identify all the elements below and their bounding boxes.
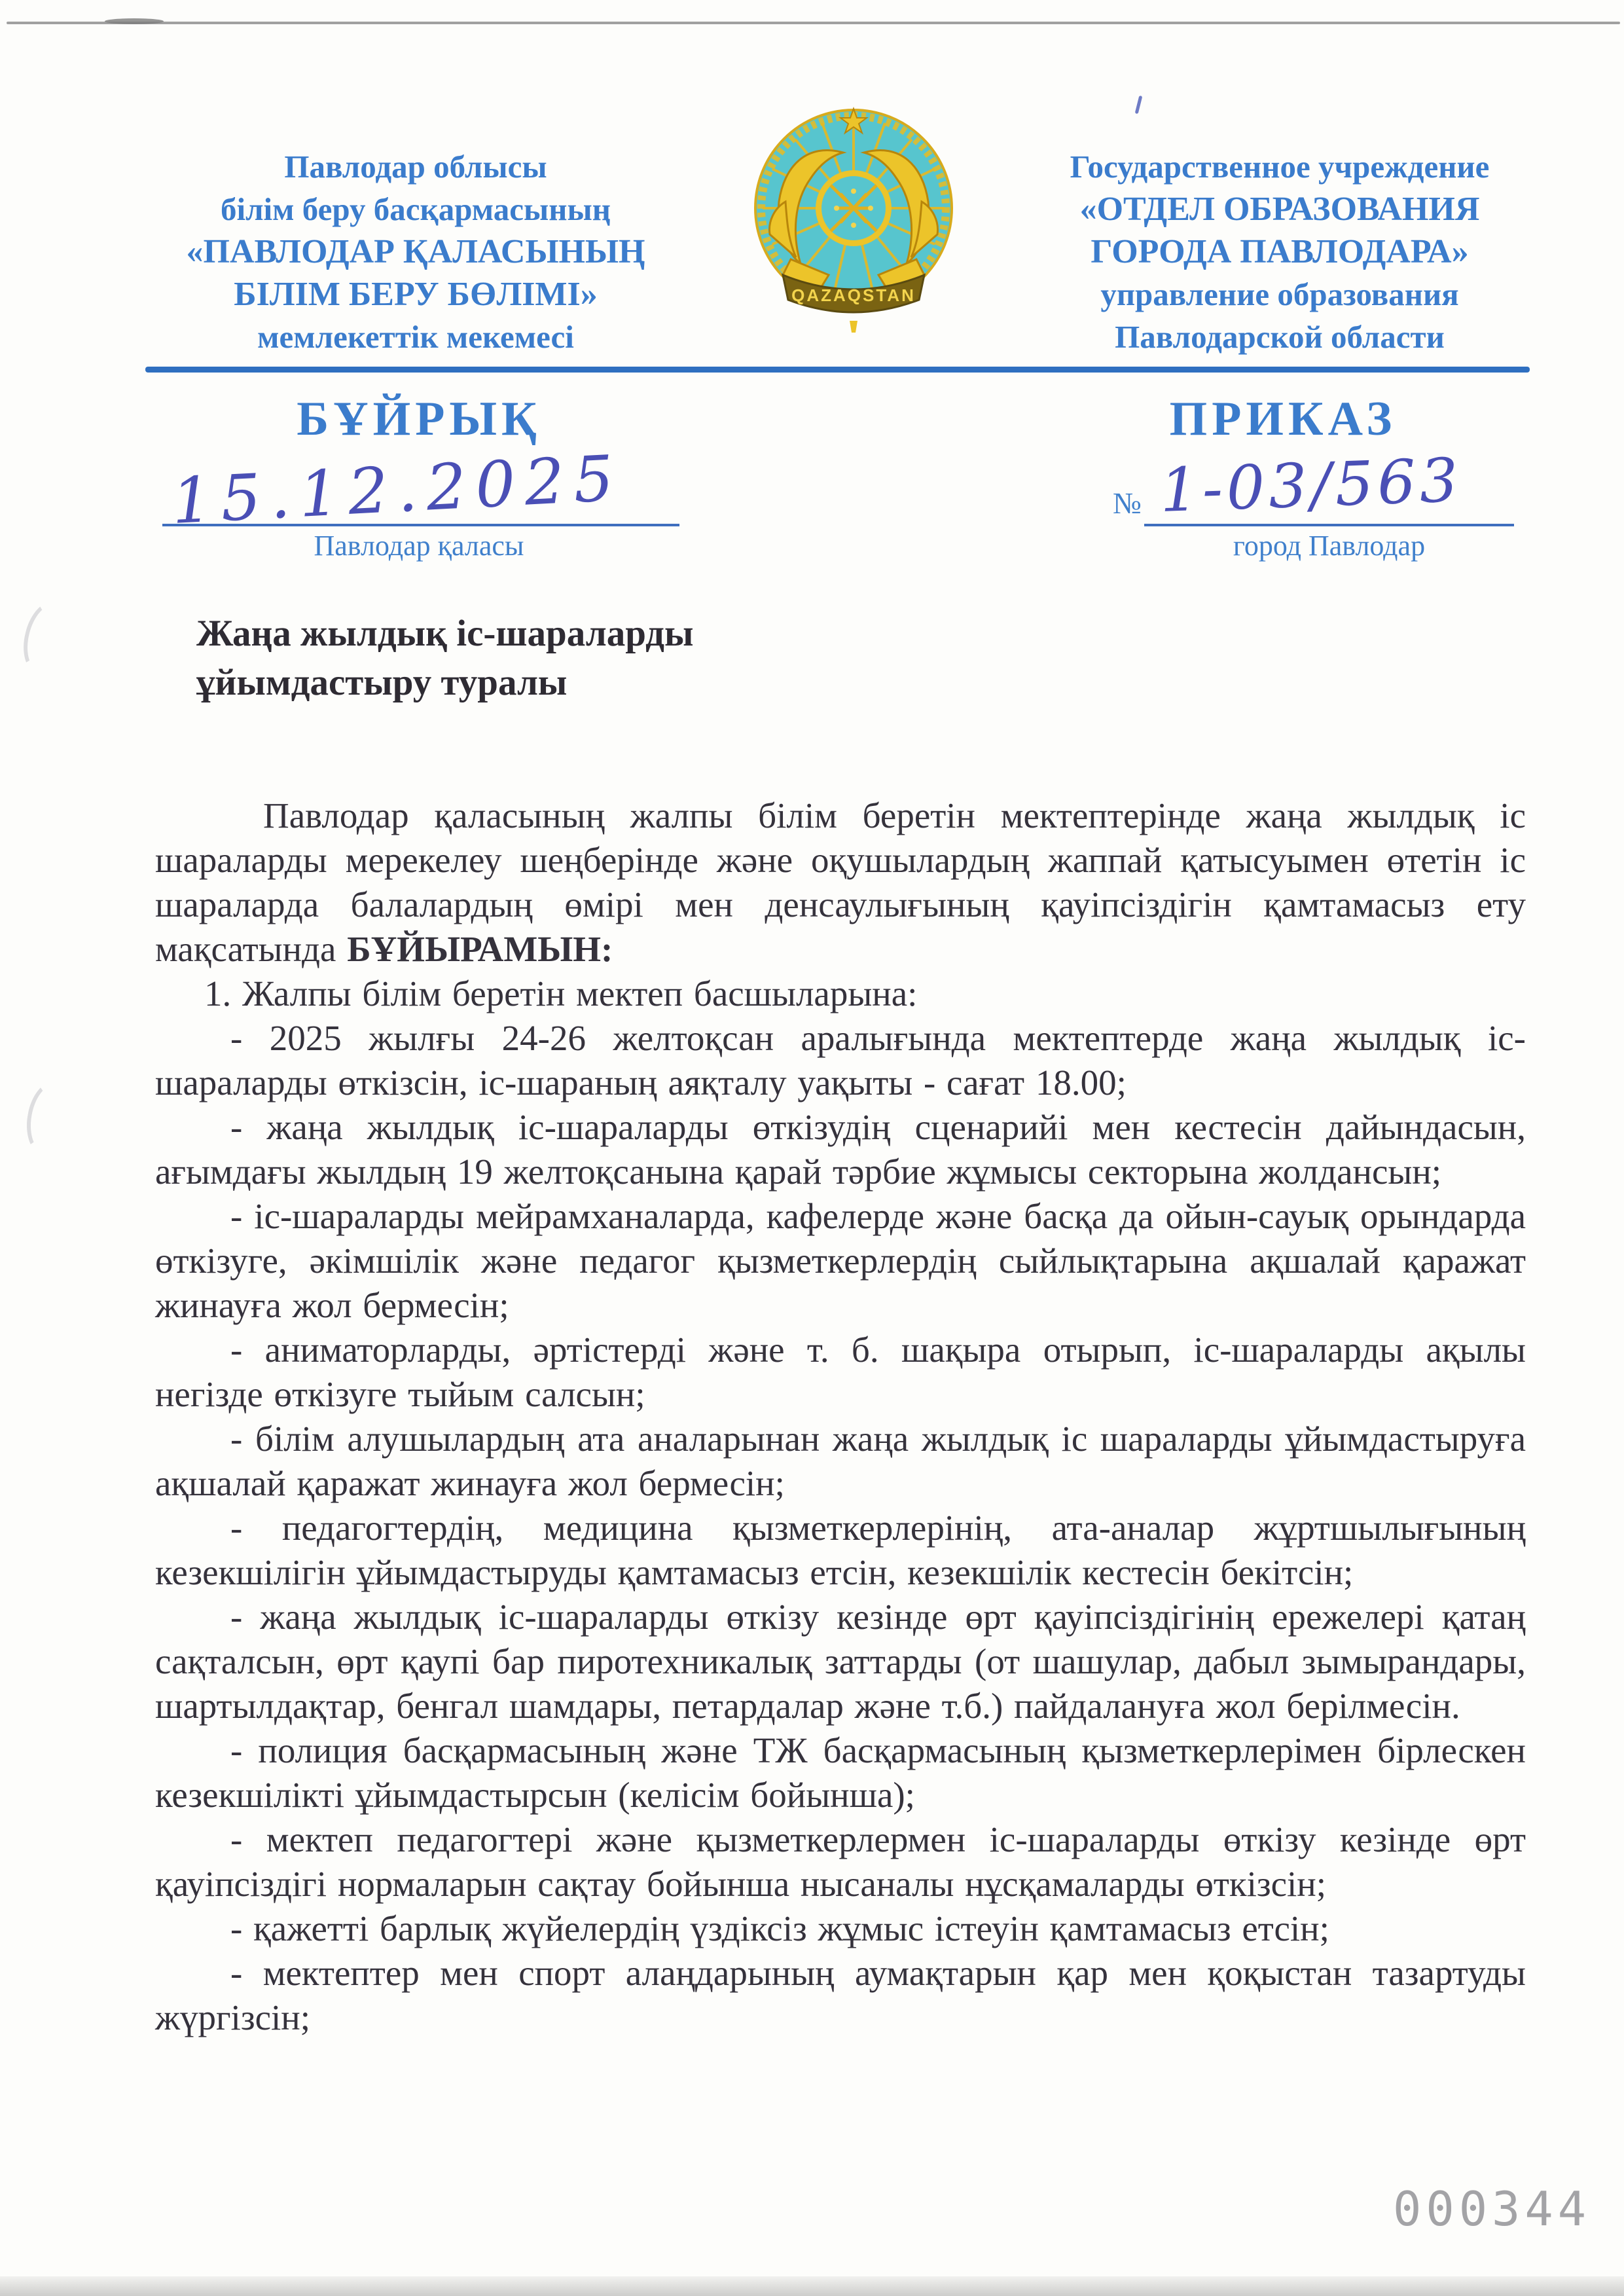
- numbered-item-1: 1. Жалпы білім беретін мектеп басшыларын…: [155, 972, 1526, 1016]
- number-underline: [1144, 524, 1514, 526]
- order-body: Павлодар қаласының жалпы білім беретін м…: [155, 793, 1526, 2040]
- subject-line-1: Жаңа жылдық іс-шараларды: [196, 609, 693, 658]
- org-line: білім беру басқармасының: [151, 188, 681, 230]
- bullet-paragraph: - педагогтердің, медицина қызметкерлерін…: [155, 1506, 1526, 1595]
- date-underline: [162, 524, 679, 526]
- bullet-paragraph: - 2025 жылғы 24-26 желтоқсан аралығында …: [155, 1016, 1526, 1105]
- org-line: Государственное учреждение: [1031, 145, 1528, 188]
- ink-mark-artifact: [1135, 96, 1143, 114]
- intro-paragraph: Павлодар қаласының жалпы білім беретін м…: [155, 793, 1526, 972]
- org-line: БІЛІМ БЕРУ БӨЛІМІ»: [151, 273, 681, 316]
- scan-bottom-edge: [0, 2276, 1624, 2296]
- org-line: «ПАВЛОДАР ҚАЛАСЫНЫҢ: [151, 230, 681, 273]
- org-line: Павлодар облысы: [151, 145, 681, 188]
- bullet-paragraph: - мектептер мен спорт алаңдарының аумақт…: [155, 1951, 1526, 2040]
- scan-curl-artifact: [22, 1078, 75, 1157]
- order-title-kazakh: БҰЙРЫҚ: [154, 392, 684, 447]
- scanned-order-page: Павлодар облысы білім беру басқармасының…: [0, 0, 1624, 2296]
- bullet-paragraph: - жаңа жылдық іс-шараларды өткізудің сце…: [155, 1105, 1526, 1194]
- handwritten-number: 1-03/563: [1159, 445, 1463, 526]
- kazakhstan-coat-of-arms-icon: QAZAQSTAN: [745, 103, 962, 334]
- bullet-paragraph: - полиция басқармасының және ТЖ басқарма…: [155, 1728, 1526, 1817]
- place-kazakh: Павлодар қаласы: [154, 529, 684, 562]
- org-block-russian: Государственное учреждение «ОТДЕЛ ОБРАЗО…: [1031, 145, 1528, 358]
- org-line: мемлекеттік мекемесі: [151, 316, 681, 358]
- org-block-kazakh: Павлодар облысы білім беру басқармасының…: [151, 145, 681, 358]
- bullet-paragraph: - қажетті барлық жүйелердің үздіксіз жұм…: [155, 1906, 1526, 1951]
- scan-edge-blob: [105, 18, 164, 24]
- subject-line-2: ұйымдастыру туралы: [196, 658, 693, 707]
- bullet-paragraph: - білім алушылардың ата аналарынан жаңа …: [155, 1417, 1526, 1506]
- org-line: управление образования: [1031, 273, 1528, 316]
- bullet-paragraph: - жаңа жылдық іс-шараларды өткізу кезінд…: [155, 1595, 1526, 1728]
- org-line: Павлодарской области: [1031, 316, 1528, 358]
- order-subject: Жаңа жылдық іс-шараларды ұйымдастыру тур…: [196, 609, 693, 707]
- bullet-paragraph: - іс-шараларды мейрамханаларда, кафелерд…: [155, 1194, 1526, 1328]
- bullet-paragraph: - аниматорларды, әртістерді және т. б. ш…: [155, 1328, 1526, 1417]
- header-separator-line: [145, 367, 1530, 373]
- org-line: «ОТДЕЛ ОБРАЗОВАНИЯ: [1031, 188, 1528, 230]
- scan-edge-line: [7, 22, 1620, 24]
- scan-curl-artifact: [16, 597, 75, 678]
- place-russian: город Павлодар: [1144, 529, 1514, 562]
- document-stamp-number: 000344: [1393, 2181, 1591, 2236]
- org-line: ГОРОДА ПАВЛОДАРА»: [1031, 230, 1528, 273]
- number-sign: №: [1113, 486, 1142, 520]
- order-title-russian: ПРИКАЗ: [1041, 392, 1525, 447]
- decree-word: БҰЙЫРАМЫН:: [347, 929, 613, 969]
- emblem-label: QAZAQSTAN: [791, 285, 916, 305]
- bullet-paragraph: - мектеп педагогтері және қызметкерлерме…: [155, 1817, 1526, 1906]
